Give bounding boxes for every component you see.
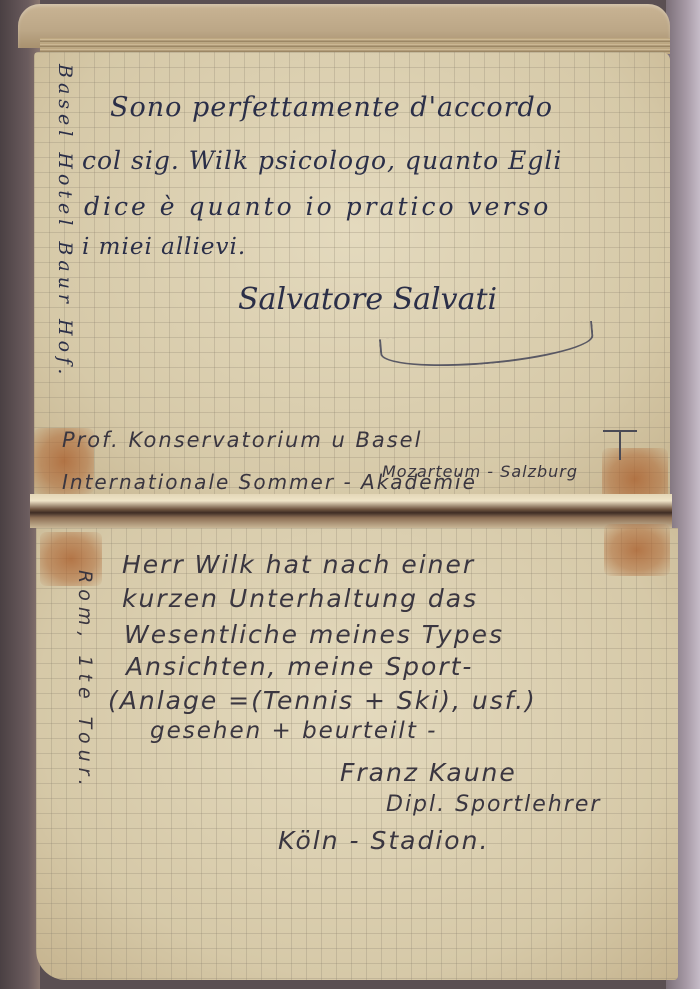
bottom-line-3: Wesentliche meines Types [124,620,504,649]
cross-mark [603,428,637,468]
top-signature: Salvatore Salvati [238,282,497,317]
top-line-4: i miei allievi. [82,234,246,260]
bottom-signature-title: Dipl. Sportlehrer [386,792,601,817]
bottom-line-1: Herr Wilk hat nach einer [122,550,475,579]
bottom-line-2: kurzen Unterhaltung das [122,584,478,613]
top-footer-line-1: Prof. Konservatorium u Basel [62,428,422,452]
bottom-signature-name: Franz Kaune [340,758,517,787]
notebook-binding [30,494,672,528]
stain-bottom-right [604,524,670,576]
top-line-2: col sig. Wilk psicologo, quanto Egli [82,146,562,175]
top-margin-vertical: Basel Hotel Baur Hof. [54,64,76,379]
bottom-line-4: Ansichten, meine Sport- [126,652,473,681]
bottom-line-5: (Anlage =(Tennis + Ski), usf.) [108,686,537,715]
top-line-1: Sono perfettamente d'accordo [110,92,553,123]
bottom-margin-vertical: Rom, 1te Tour. [74,570,96,792]
top-line-3: dice è quanto io pratico verso [84,192,551,221]
top-footer-line-3: Internationale Sommer - Akademie [62,470,477,494]
bottom-signature-place: Köln - Stadion. [278,826,489,855]
bottom-line-6: gesehen + beurteilt - [150,718,437,744]
